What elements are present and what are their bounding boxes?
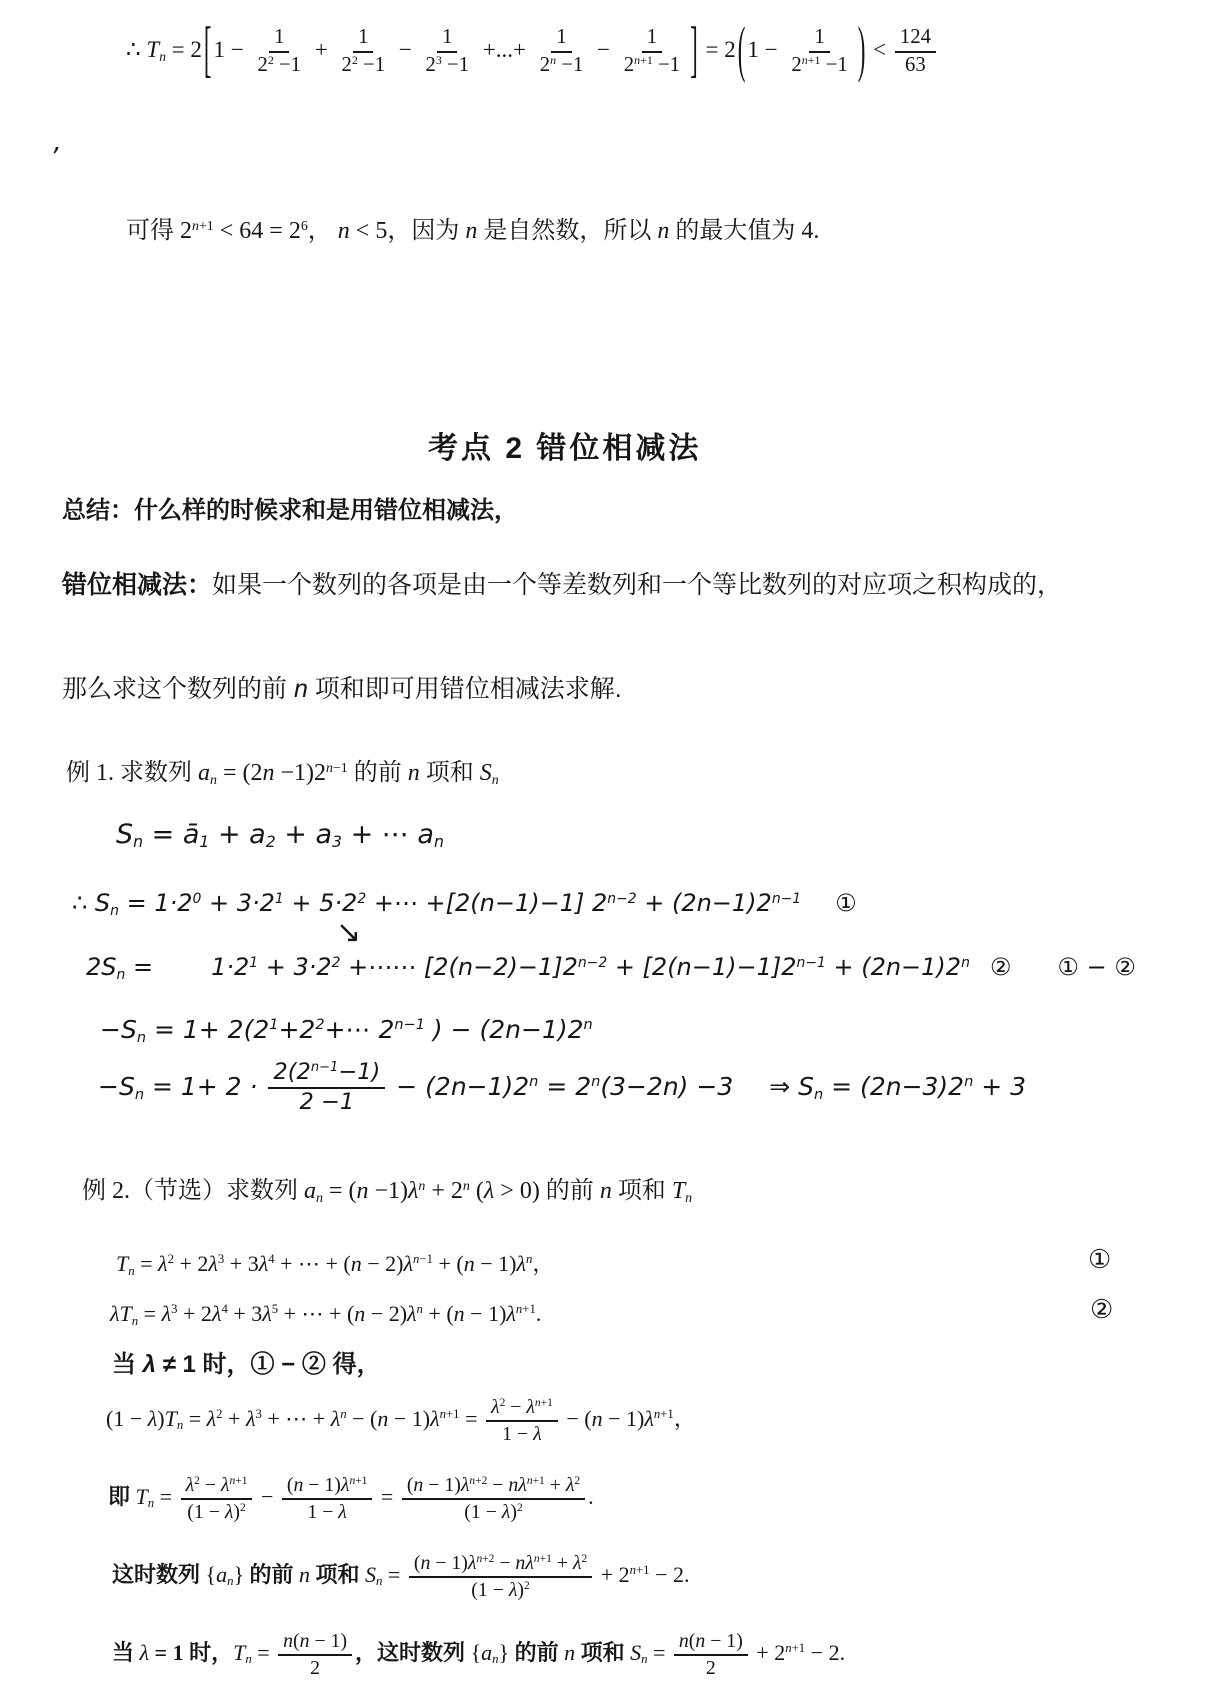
tn-result-line: 即 Tn = λ2 − λn+1(1 − λ)2 − (n − 1)λn+11 … [108, 1474, 594, 1524]
circled-2-label: ② [1090, 1294, 1113, 1327]
method-definition-line-2: 那么求这个数列的前 n 项和即可用错位相减法求解. [62, 674, 622, 705]
method-definition-line-1: 错位相减法：如果一个数列的各项是由一个等差数列和一个等比数列的对应项之积构成的， [62, 570, 1062, 601]
handwritten-minus-sn-line-2: −Sn = 1+ 2 · 2(2n−1−1)2 −1 − (2n−1)2n = … [98, 1060, 1026, 1116]
section-heading: 考点 2 错位相减法 [428, 430, 701, 468]
example2-problem-line: 例 2.（节选）求数列 an = (n −1)λn + 2n (λ > 0) 的… [82, 1176, 692, 1206]
lambda-eq-1-line: 当 λ = 1 时，Tn = n(n − 1)2，这时数列 {an} 的前 n … [112, 1630, 845, 1680]
lambda-ne-1-line: 当 λ ≠ 1 时，① − ② 得， [112, 1350, 381, 1380]
n-max-conclusion-line: 可得 2n+1 < 64 = 26， n < 5，因为 n 是自然数，所以 n … [126, 216, 819, 246]
handwritten-minus-sn-line-1: −Sn = 1+ 2(21+22+⋯ 2n−1 ) − (2n−1)2n [100, 1014, 593, 1045]
summary-line: 总结：什么样的时候求和是用错位相减法， [62, 496, 518, 526]
handwritten-shift-arrow-icon: ↘ [336, 914, 361, 952]
stray-comma: ’ [50, 142, 58, 175]
one-minus-lambda-tn-line: (1 − λ)Tn = λ2 + λ3 + ⋯ + λn − (n − 1)λn… [106, 1396, 696, 1446]
tn-series-line: Tn = λ2 + 2λ3 + 3λ4 + ⋯ + (n − 2)λn−1 + … [116, 1250, 554, 1278]
top-conclusion-formula: ∴ Tn = 2[1 − 122 −1 + 122 −1 − 123 −1 +.… [126, 26, 939, 78]
handwritten-sn-expanded-line: ∴ Sn = 1·20 + 3·21 + 5·22 +⋯ +[2(n−1)−1]… [72, 888, 857, 918]
sn-result-line: 这时数列 {an} 的前 n 项和 Sn = (n − 1)λn+2 − nλn… [112, 1552, 689, 1602]
handwritten-sn-sum-line: Sn = ā1 + a2 + a3 + ⋯ an [116, 818, 444, 852]
handwritten-2sn-line: 2Sn =1·21 + 3·22 +⋯⋯ [2(n−2)−1]2n−2 + [2… [86, 952, 1136, 982]
circled-1-label: ① [1088, 1244, 1111, 1277]
document-page: ∴ Tn = 2[1 − 122 −1 + 122 −1 − 123 −1 +.… [0, 0, 1232, 1706]
example1-problem-line: 例 1. 求数列 an = (2n −1)2n−1 的前 n 项和 Sn [66, 758, 499, 788]
lambda-tn-series-line: λTn = λ3 + 2λ4 + 3λ5 + ⋯ + (n − 2)λn + (… [110, 1300, 541, 1328]
